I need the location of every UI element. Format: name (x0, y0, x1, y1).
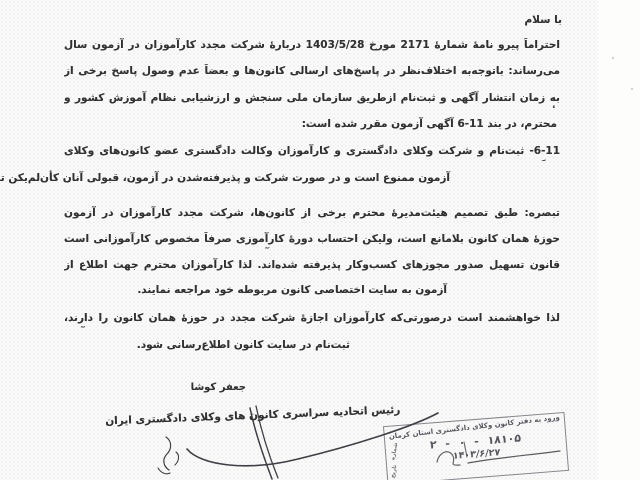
stamp-date-label: تاریخ (390, 464, 398, 478)
letter-line: ثبت‌نام در سایت کانون اطلاع‌رسانی شود. (137, 338, 350, 353)
letter-line: آزمون ممنوع است و در صورت شرکت و پذیرفته… (0, 171, 450, 186)
scanned-letter-page: با سلام احتراماً پیرو نامهٔ شمارهٔ 2171 … (0, 0, 640, 480)
letter-body: با سلام احتراماً پیرو نامهٔ شمارهٔ 2171 … (0, 0, 640, 480)
letter-line: به زمان انتشار آگهی و ثبت‌نام ازطریق ساز… (64, 91, 560, 108)
letter-line: تبصره: طبق تصمیم هیئت‌مدیرهٔ محترم برخی … (64, 206, 560, 223)
letter-line: آزمون به سایت اختصاصی کانون مربوطه خود م… (137, 283, 447, 298)
letter-line: قانون تسهیل صدور مجوزهای کسب‌وکار پذیرفت… (64, 258, 560, 275)
signatory-title: رئیس اتحادیه سراسری کانون های وکلای دادگ… (105, 404, 400, 427)
letter-line: لذا خواهشمند است درصورتی‌که کارآموزان اج… (64, 311, 560, 328)
salutation-line: با سلام (524, 13, 562, 28)
letter-line: احتراماً پیرو نامهٔ شمارهٔ 2171 مورخ 140… (64, 38, 560, 55)
letter-line: حوزهٔ همان کانون بلامانع است، ولیکن احتس… (64, 232, 560, 249)
signatory-name: جعفر کوشا (191, 382, 246, 393)
letter-line: محترم، در بند 11-6 آگهی آزمون مقرر شده ا… (302, 117, 557, 132)
letter-line: 6-11- ثبت‌نام و شرکت وکلای دادگستری و کا… (64, 144, 560, 161)
letter-line: می‌رساند: باتوجه‌به اختلاف‌نظر در پاسخ‌ه… (64, 64, 560, 81)
